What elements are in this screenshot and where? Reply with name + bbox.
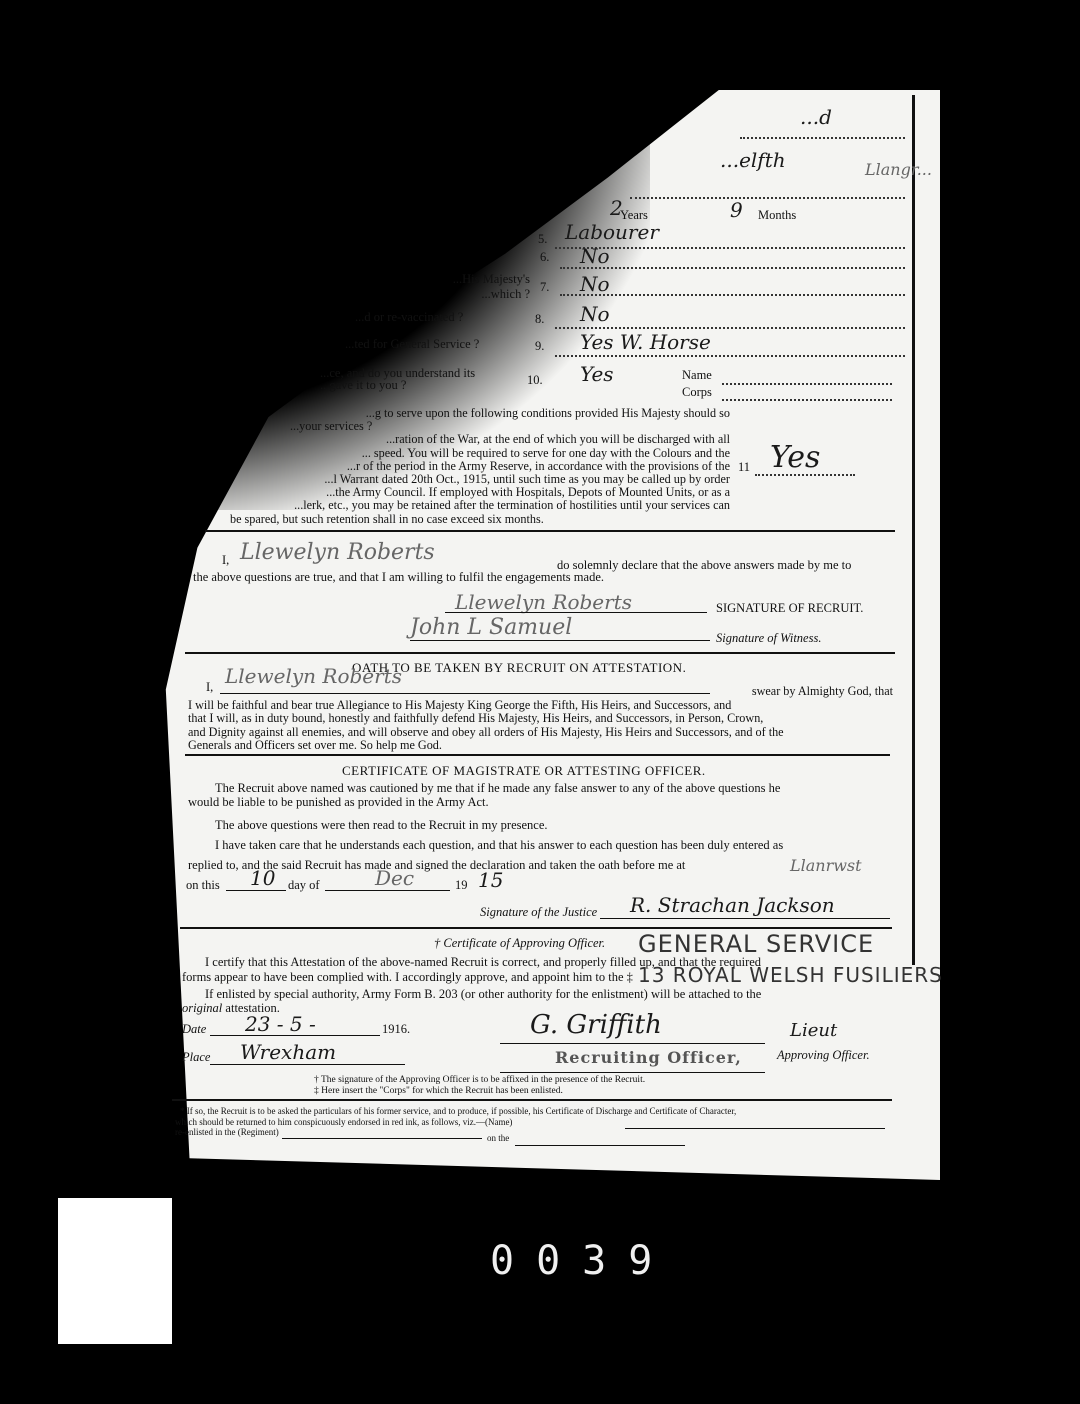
regiment-stamp: 13 ROYAL WELSH FUSILIERS: [638, 963, 943, 987]
on-this-label: on this: [186, 878, 220, 893]
oath-line: swear by Almighty God, that: [188, 685, 893, 699]
oath-text: swear by Almighty God, that I will be fa…: [188, 685, 893, 753]
declaration-text-2: the above questions are true, and that I…: [193, 570, 604, 585]
oath-line: I will be faithful and bear true Allegia…: [188, 699, 893, 713]
original-word: original: [182, 1001, 222, 1015]
date-label: Date: [182, 1022, 206, 1037]
officer-line-2: [500, 1072, 765, 1073]
q11-line: ... speed. You will be required to serve…: [230, 447, 730, 460]
q11-line: ...lerk, etc., you may be retained after…: [230, 499, 730, 512]
witness-signature-line: [410, 640, 710, 641]
recruit-signature-label: SIGNATURE OF RECRUIT.: [716, 601, 863, 616]
q9-text: ...ted for General Service ?: [345, 337, 479, 352]
q10-corps-line: [722, 397, 892, 401]
q8-number: 8.: [535, 312, 544, 327]
justice-signature: R. Strachan Jackson: [630, 893, 835, 917]
attestation-place: Llanrwst: [790, 856, 862, 875]
q11-dotted-line: [755, 472, 855, 476]
approving-para-1b: forms appear to have been complied with.…: [182, 970, 633, 985]
attestation-year: 15: [478, 868, 503, 892]
approval-year: 1916.: [382, 1022, 410, 1037]
frame-counter: 0039: [490, 1238, 674, 1284]
q10-answer: Yes: [580, 362, 614, 386]
regiment-line: [282, 1138, 482, 1139]
divider: [172, 1099, 892, 1101]
divider: [185, 652, 895, 654]
recruit-signature: Llewelyn Roberts: [455, 590, 632, 614]
oath-line: and Dignity against all enemies, and wil…: [188, 726, 893, 740]
officer-rank: Lieut: [790, 1020, 837, 1041]
approval-place: Wrexham: [240, 1040, 336, 1064]
q11-answer: Yes: [770, 440, 820, 475]
day-line: [226, 890, 286, 891]
q2-extra: Llangr...: [865, 160, 932, 179]
q11-line: be spared, but such retention shall in n…: [230, 513, 730, 526]
q6-number: 6.: [540, 250, 549, 265]
footnote-1: † The signature of the Approving Officer…: [314, 1075, 645, 1085]
recruit-signature-line: [445, 612, 707, 613]
q3-dotted-line: [630, 195, 905, 199]
officer-line-1: [500, 1043, 765, 1044]
q11-conditions: ...g to serve upon the following conditi…: [230, 407, 730, 526]
footnote-2: ‡ Here insert the "Corps" for which the …: [314, 1086, 563, 1096]
q10-name-label: Name: [682, 368, 712, 383]
date-line: [210, 1035, 380, 1036]
on-the-line: [515, 1145, 685, 1146]
magistrate-para-1b: would be liable to be punished as provid…: [188, 795, 489, 810]
q11-line: ...ration of the War, at the end of whic…: [230, 433, 730, 446]
bottom-note-1: * If so, the Recruit is to be asked the …: [180, 1106, 736, 1116]
general-service-stamp: GENERAL SERVICE: [638, 930, 874, 958]
day-of-label: day of: [288, 878, 320, 893]
q1-dotted-line: [740, 135, 905, 139]
justice-label: Signature of the Justice: [480, 905, 597, 920]
month-line: [325, 890, 450, 891]
justice-line: [600, 918, 890, 919]
divider: [205, 530, 895, 532]
bottom-note-2: which should be returned to him conspicu…: [175, 1117, 512, 1127]
bottom-note-3a: re-enlisted in the (Regiment): [175, 1127, 279, 1137]
q7-number: 7.: [540, 280, 549, 295]
approving-heading: † Certificate of Approving Officer.: [434, 936, 605, 951]
q7-text: ...His Majesty's ...which ?: [420, 272, 530, 302]
q7-dotted-line: [560, 292, 905, 296]
place-label: Place: [182, 1050, 210, 1065]
q10-text-2: ...gave it to you ?: [320, 378, 406, 393]
approving-officer-signature: G. Griffith: [530, 1010, 662, 1040]
declaration-name: Llewelyn Roberts: [240, 540, 435, 565]
oath-heading: OATH TO BE TAKEN BY RECRUIT ON ATTESTATI…: [352, 660, 686, 676]
q9-dotted-line: [555, 353, 905, 357]
attestation-day: 10: [250, 866, 275, 890]
blank-card: [58, 1198, 172, 1344]
q5-number: 5.: [538, 232, 547, 247]
approving-officer-label: Approving Officer.: [777, 1048, 870, 1063]
q8-answer: No: [580, 302, 610, 326]
q10-corps-label: Corps: [682, 385, 712, 400]
year-prefix: 19: [455, 878, 468, 893]
approving-para-2a: If enlisted by special authority, Army F…: [205, 987, 761, 1002]
q5-answer: Labourer: [565, 220, 659, 244]
q8-text: ...d or re-vaccinated ?: [355, 310, 463, 325]
attestation-month: Dec: [375, 866, 414, 890]
place-line: [210, 1064, 405, 1065]
witness-signature-label: Signature of Witness.: [716, 631, 821, 646]
q6-dotted-line: [560, 265, 905, 269]
q10-name-line: [722, 381, 892, 385]
age-months-label: Months: [758, 208, 796, 223]
oath-line: that I will, as in duty bound, honestly …: [188, 712, 893, 726]
magistrate-para-1a: The Recruit above named was cautioned by…: [215, 781, 780, 796]
bottom-note-3b: on the: [487, 1133, 509, 1143]
approval-date: 23 - 5 -: [245, 1012, 316, 1036]
q9-answer: Yes W. Horse: [580, 330, 711, 354]
magistrate-heading: CERTIFICATE OF MAGISTRATE OR ATTESTING O…: [342, 763, 706, 779]
q1-answer: ...d: [800, 105, 832, 129]
magistrate-para-2: The above questions were then read to th…: [215, 818, 548, 833]
oath-line: Generals and Officers set over me. So he…: [188, 739, 893, 753]
q10-number: 10.: [527, 373, 543, 388]
age-months-value: 9: [730, 198, 743, 222]
magistrate-para-3a: I have taken care that he understands ea…: [215, 838, 783, 853]
q11-number: 11: [738, 460, 750, 475]
margin-rule: [912, 95, 915, 965]
witness-signature: John L Samuel: [410, 615, 572, 640]
name-line: [625, 1128, 885, 1129]
divider: [180, 927, 892, 929]
declaration-prefix: I,: [222, 553, 229, 568]
recruiting-officer-stamp: Recruiting Officer,: [555, 1048, 742, 1067]
divider: [185, 754, 890, 756]
q9-number: 9.: [535, 339, 544, 354]
q2-answer: ...elfth: [720, 148, 786, 172]
q8-dotted-line: [555, 325, 905, 329]
